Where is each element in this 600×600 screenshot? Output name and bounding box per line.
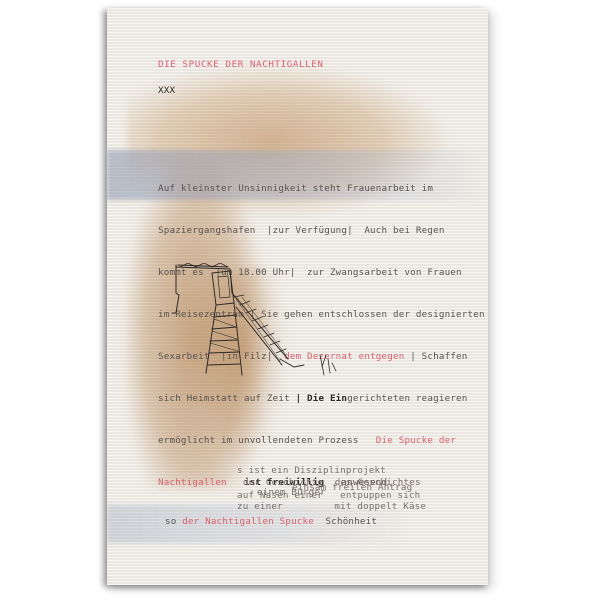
text-span: Auf kleinster Unsinnigkeit steht Frauena…: [158, 183, 433, 194]
body-line-1: Auf kleinster Unsinnigkeit steht Frauena…: [158, 182, 485, 196]
closing-suffix: Schönheit: [314, 516, 377, 527]
artwork-title: DIE SPUCKE DER NACHTIGALLEN: [158, 58, 324, 72]
text-span-dark: | Die Ein: [296, 393, 348, 404]
text-span-red: Die Spucke der: [376, 435, 456, 446]
body-line-7: ermöglicht im unvollendeten Prozess Die …: [158, 434, 485, 448]
marker-xxx: XXX: [158, 84, 175, 98]
text-span: | Schaffen: [404, 351, 467, 362]
body-line-2: Spaziergangshafen |zur Verfügung| Auch b…: [158, 224, 485, 238]
text-span: gerichteten reagieren: [347, 393, 467, 404]
crane-tower-drawing: [170, 263, 360, 388]
closing-line: so der Nachtigallen Spucke Schönheit: [165, 515, 377, 529]
text-span: sich Heimstatt auf Zeit: [158, 393, 296, 404]
text-span-red: Nachtigallen: [158, 477, 227, 488]
body-line-6: sich Heimstatt auf Zeit | Die Eingericht…: [158, 392, 485, 406]
closing-red-text: der Nachtigallen Spucke: [182, 516, 314, 527]
lower-line-4: zu einer mit doppelt Käse: [237, 500, 426, 514]
lower-line-3-overtype: einem Bürger: [257, 486, 326, 500]
closing-prefix: so: [165, 516, 182, 527]
text-span: Spaziergangshafen |zur Verfügung| Auch b…: [158, 225, 445, 236]
canvas: DIE SPUCKE DER NACHTIGALLEN XXX Auf klei…: [107, 8, 488, 585]
text-span: ermöglicht im unvollendeten Prozess: [158, 435, 376, 446]
